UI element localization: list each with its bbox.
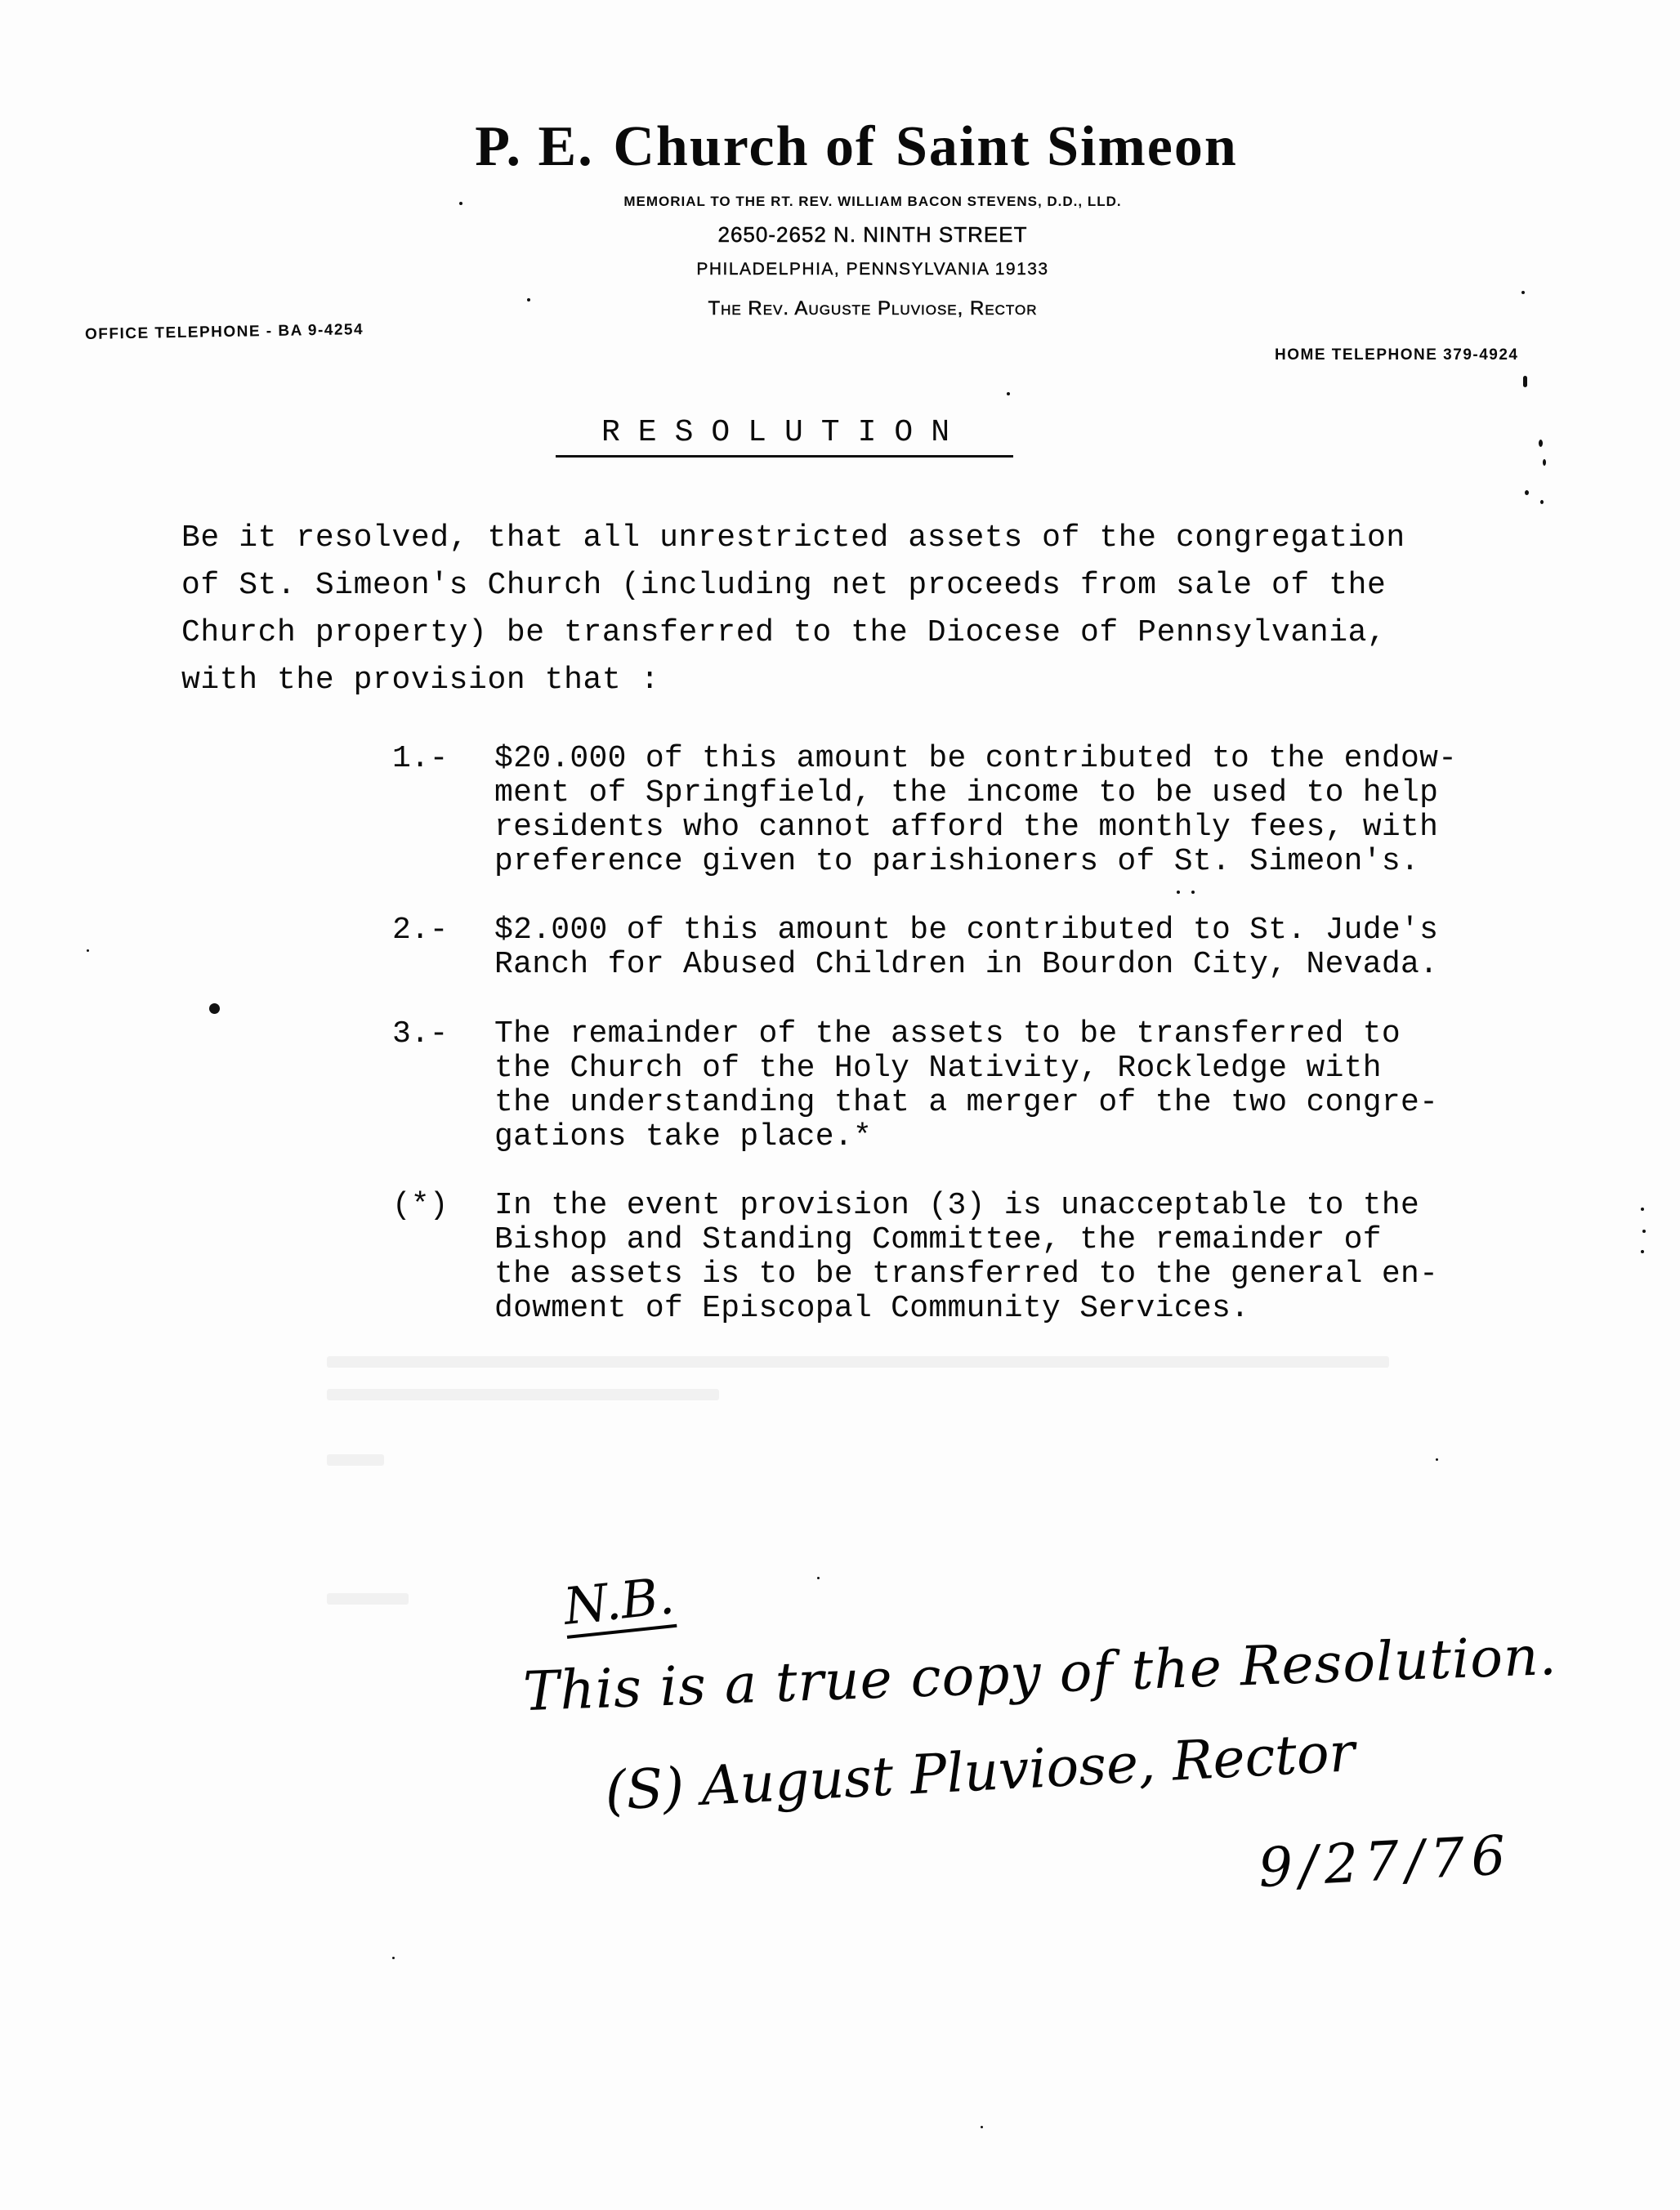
provision-line: Bishop and Standing Committee, the remai… bbox=[494, 1223, 1553, 1257]
scan-speck bbox=[1436, 1458, 1438, 1461]
provision-3: 3.- The remainder of the assets to be tr… bbox=[392, 1017, 1553, 1154]
provision-1: 1.- $20.000 of this amount be contribute… bbox=[392, 742, 1553, 879]
provision-marker: 2.- bbox=[392, 913, 494, 982]
handwritten-certification: This is a true copy of the Resolution. bbox=[522, 1624, 1558, 1723]
document-title: RESOLUTION bbox=[556, 415, 1013, 458]
scan-speck bbox=[981, 2126, 983, 2128]
letterhead-street: 2650-2652 N. NINTH STREET bbox=[33, 222, 1680, 248]
scan-speck bbox=[1539, 440, 1543, 447]
provision-line: The remainder of the assets to be transf… bbox=[494, 1017, 1553, 1051]
scan-speck bbox=[87, 949, 89, 952]
intro-line: Church property) be transferred to the D… bbox=[181, 609, 1538, 657]
provision-text: $20.000 of this amount be contributed to… bbox=[494, 742, 1553, 879]
home-telephone: HOME TELEPHONE 379-4924 bbox=[1275, 346, 1518, 364]
provision-footnote: (*) In the event provision (3) is unacce… bbox=[392, 1189, 1553, 1326]
scan-speck bbox=[392, 1957, 395, 1959]
scan-speck bbox=[1641, 1250, 1644, 1253]
provision-line: the Church of the Holy Nativity, Rockled… bbox=[494, 1051, 1553, 1086]
provision-line: preference given to parishioners of St. … bbox=[494, 845, 1553, 879]
handwritten-date: 9/27/76 bbox=[1257, 1824, 1513, 1900]
intro-line: of St. Simeon's Church (including net pr… bbox=[181, 562, 1538, 609]
provision-line: $2.000 of this amount be contributed to … bbox=[494, 913, 1553, 948]
scan-speck bbox=[459, 202, 462, 205]
letterhead-initials: P. E. bbox=[475, 115, 594, 178]
bleed-through-mark bbox=[327, 1389, 719, 1400]
provision-line: ment of Springfield, the income to be us… bbox=[494, 776, 1553, 810]
provision-line: the assets is to be transferred to the g… bbox=[494, 1257, 1553, 1292]
intro-line: with the provision that : bbox=[181, 657, 1538, 704]
scan-speck bbox=[1540, 500, 1544, 504]
provision-line: Ranch for Abused Children in Bourdon Cit… bbox=[494, 948, 1553, 982]
provision-line: $20.000 of this amount be contributed to… bbox=[494, 742, 1553, 776]
handwritten-signature: (S) August Pluviose, Rector bbox=[604, 1721, 1356, 1823]
resolution-intro: Be it resolved, that all unrestricted as… bbox=[181, 515, 1538, 704]
scan-speck bbox=[1191, 891, 1195, 894]
provision-text: In the event provision (3) is unacceptab… bbox=[494, 1189, 1553, 1326]
scan-speck bbox=[1642, 1230, 1646, 1233]
scan-speck bbox=[817, 1577, 820, 1579]
provision-text: The remainder of the assets to be transf… bbox=[494, 1017, 1553, 1154]
provision-2: 2.- $2.000 of this amount be contributed… bbox=[392, 913, 1553, 982]
scan-speck bbox=[1641, 1208, 1644, 1211]
office-telephone: OFFICE TELEPHONE - BA 9-4254 bbox=[85, 321, 364, 344]
scan-speck bbox=[1525, 490, 1529, 495]
scan-speck bbox=[1177, 891, 1180, 894]
letterhead-title: P. E. Church of Saint Simeon bbox=[16, 114, 1680, 180]
letterhead-memorial: MEMORIAL TO THE RT. REV. WILLIAM BACON S… bbox=[33, 194, 1680, 210]
provision-marker: 3.- bbox=[392, 1017, 494, 1154]
letterhead-church-name: Saint Simeon bbox=[896, 115, 1238, 178]
provision-line: the understanding that a merger of the t… bbox=[494, 1086, 1553, 1120]
provision-text: $2.000 of this amount be contributed to … bbox=[494, 913, 1553, 982]
provision-line: gations take place.* bbox=[494, 1120, 1553, 1154]
scan-speck bbox=[527, 298, 530, 301]
letterhead-rector: The Rev. Auguste Pluviose, Rector bbox=[33, 297, 1680, 320]
scan-speck bbox=[1543, 459, 1546, 466]
handwritten-nb: N.B. bbox=[561, 1567, 677, 1639]
provision-marker: 1.- bbox=[392, 742, 494, 879]
intro-line: Be it resolved, that all unrestricted as… bbox=[181, 515, 1538, 562]
provision-marker: (*) bbox=[392, 1189, 494, 1326]
provision-line: residents who cannot afford the monthly … bbox=[494, 810, 1553, 845]
scan-speck bbox=[209, 1003, 220, 1014]
bleed-through-mark bbox=[327, 1593, 409, 1605]
scan-speck bbox=[1521, 291, 1525, 294]
scan-speck bbox=[1007, 392, 1010, 395]
bleed-through-mark bbox=[327, 1454, 384, 1466]
bleed-through-mark bbox=[327, 1356, 1389, 1368]
scan-speck bbox=[1523, 376, 1527, 387]
letterhead-city: PHILADELPHIA, PENNSYLVANIA 19133 bbox=[33, 260, 1680, 279]
letterhead-church: Church of bbox=[613, 115, 876, 178]
provision-line: In the event provision (3) is unacceptab… bbox=[494, 1189, 1553, 1223]
scanned-letter-page: P. E. Church of Saint Simeon MEMORIAL TO… bbox=[0, 0, 1680, 2210]
provision-line: dowment of Episcopal Community Services. bbox=[494, 1292, 1553, 1326]
